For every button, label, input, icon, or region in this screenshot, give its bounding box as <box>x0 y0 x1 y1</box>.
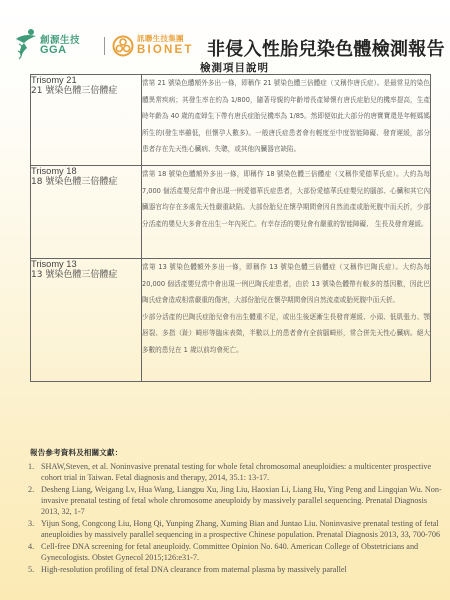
references-heading: 報告參考資料及相關文獻： <box>30 447 447 458</box>
bionet-logo: 訊聯生技集團 BIONET <box>112 31 212 61</box>
report-title: 非侵入性胎兒染色體檢測報告 <box>207 35 445 61</box>
item-description: 當第 21 號染色體額外多出一條，即稱作 21 號染色體三倍體症（又稱作唐氏症）… <box>142 75 431 166</box>
item-name-cn: 21 號染色體三倍體症 <box>31 86 141 97</box>
reference-number: 5. <box>28 564 34 575</box>
gga-logo: 創源生技 GGA <box>12 27 92 63</box>
references-section: 報告參考資料及相關文獻： 1. SHAW,Steven, et al. Noni… <box>22 447 447 576</box>
reference-text: High-resolution profiling of fetal DNA c… <box>41 565 347 574</box>
reference-number: 1. <box>28 461 34 472</box>
reference-item: 5. High-resolution profiling of fetal DN… <box>22 564 447 575</box>
bionet-logo-chinese: 訊聯生技集團 <box>137 33 184 44</box>
item-description: 當第 13 號染色體額外多出一條，即稱作 13 號染色體三倍體症（又稱作巴陶氏症… <box>142 259 430 309</box>
reference-item: 1. SHAW,Steven, et al. Noninvasive prena… <box>22 461 447 483</box>
reference-text: Desheng Liang, Weigang Lv, Hua Wang, Lia… <box>41 485 442 516</box>
table-row-trisomy-13: Trisomy 13 13 號染色體三倍體症 當第 13 號染色體額外多出一條，… <box>31 259 431 382</box>
reference-text: SHAW,Steven, et al. Noninvasive prenatal… <box>41 462 431 482</box>
item-name-en: Trisomy 18 <box>31 166 141 177</box>
item-name-cn: 18 號染色體三倍體症 <box>31 177 141 188</box>
item-description: 當第 18 號染色體額外多出一條，即稱作 18 號染色體三倍體症（又稱作愛德華氏… <box>142 166 431 259</box>
test-items-table: Trisomy 21 21 號染色體三倍體症 當第 21 號染色體額外多出一條，… <box>30 74 431 382</box>
reference-item: 2. Desheng Liang, Weigang Lv, Hua Wang, … <box>22 484 447 517</box>
item-description-continued: 少部分活產的巴陶氏症胎兒會有出生體重不足，或出生後逐漸生長發育遲緩、小頭、低肌張… <box>142 309 430 359</box>
logo-divider <box>104 37 105 55</box>
reference-number: 3. <box>28 518 34 529</box>
bionet-emblem-icon <box>112 35 134 57</box>
item-name-cell: Trisomy 13 13 號染色體三倍體症 <box>31 259 142 382</box>
gga-figure-icon <box>12 27 38 61</box>
reference-text: Yijun Song, Congcong Liu, Hong Qi, Yunpi… <box>41 519 440 539</box>
reference-text: Cell-free DNA screening for fetal aneupl… <box>41 542 418 562</box>
item-description-cell: 當第 13 號染色體額外多出一條，即稱作 13 號染色體三倍體症（又稱作巴陶氏症… <box>142 259 431 382</box>
gga-logo-english: GGA <box>40 44 67 56</box>
reference-number: 2. <box>28 484 34 495</box>
reference-item: 3. Yijun Song, Congcong Liu, Hong Qi, Yu… <box>22 518 447 540</box>
item-name-cell: Trisomy 18 18 號染色體三倍體症 <box>31 166 142 259</box>
reference-number: 4. <box>28 541 34 552</box>
item-name-en: Trisomy 21 <box>31 75 141 86</box>
bionet-logo-english: BIONET <box>137 44 194 56</box>
item-name-cell: Trisomy 21 21 號染色體三倍體症 <box>31 75 142 166</box>
table-row-trisomy-18: Trisomy 18 18 號染色體三倍體症 當第 18 號染色體額外多出一條，… <box>31 166 431 259</box>
report-subtitle: 檢測項目說明 <box>200 60 269 75</box>
item-name-en: Trisomy 13 <box>31 259 141 270</box>
table-row-trisomy-21: Trisomy 21 21 號染色體三倍體症 當第 21 號染色體額外多出一條，… <box>31 75 431 166</box>
item-name-cn: 13 號染色體三倍體症 <box>31 270 141 281</box>
reference-item: 4. Cell-free DNA screening for fetal ane… <box>22 541 447 563</box>
